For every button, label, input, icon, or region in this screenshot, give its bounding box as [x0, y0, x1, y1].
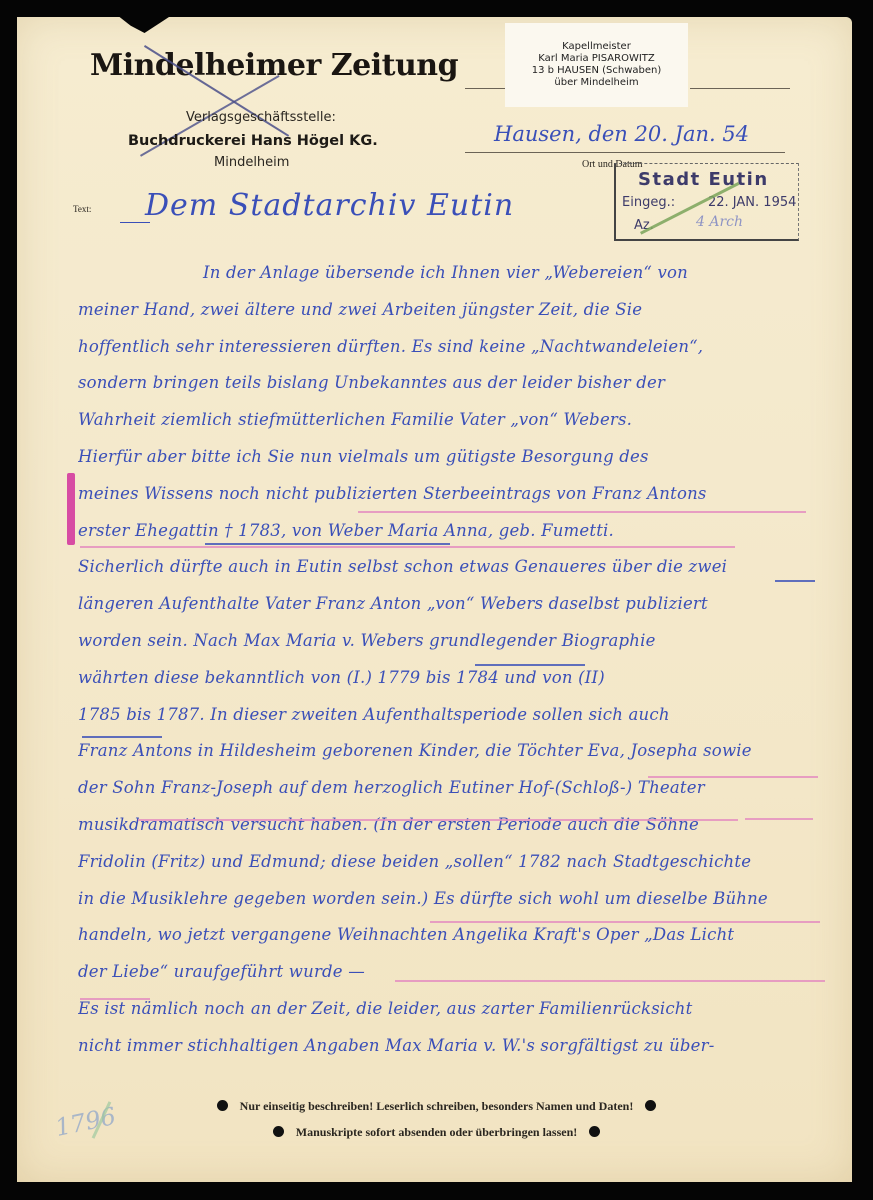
- body-line: Sicherlich dürfte auch in Eutin selbst s…: [78, 549, 828, 586]
- letterhead-publisher: Buchdruckerei Hans Högel KG.: [128, 133, 378, 149]
- body-line: Hierfür aber bitte ich Sie nun vielmals …: [78, 439, 828, 476]
- body-line: meiner Hand, zwei ältere und zwei Arbeit…: [78, 292, 828, 329]
- instruction-text: Nur einseitig beschreiben! Leserlich sch…: [240, 1099, 634, 1113]
- pink-underline: [80, 998, 150, 1000]
- letter-body: In der Anlage übersende ich Ihnen vier „…: [78, 255, 828, 1065]
- body-line: meines Wissens noch nicht publizierten S…: [78, 476, 828, 513]
- form-instruction-1: Nur einseitig beschreiben! Leserlich sch…: [0, 1099, 873, 1114]
- body-line: hoffentlich sehr interessieren dürften. …: [78, 329, 828, 366]
- stamp-az-value: 4 Arch: [696, 214, 743, 230]
- form-instruction-2: Manuskripte sofort absenden oder überbri…: [0, 1125, 873, 1140]
- body-line: längeren Aufenthalte Vater Franz Anton „…: [78, 586, 828, 623]
- bullet-dot-icon: [589, 1126, 600, 1137]
- salutation: Dem Stadtarchiv Eutin: [145, 188, 514, 223]
- body-line: 1785 bis 1787. In dieser zweiten Aufenth…: [78, 697, 828, 734]
- body-line: Fridolin (Fritz) und Edmund; diese beide…: [78, 844, 828, 881]
- body-line: Franz Antons in Hildesheim geborenen Kin…: [78, 733, 828, 770]
- pink-underline: [138, 819, 738, 821]
- bullet-dot-icon: [217, 1100, 228, 1111]
- pink-underline: [648, 776, 818, 778]
- text-field-label: Text:: [73, 204, 91, 214]
- body-line: In der Anlage übersende ich Ihnen vier „…: [78, 255, 828, 292]
- sender-address-label: Kapellmeister Karl Maria PISAROWITZ 13 b…: [505, 23, 688, 107]
- instruction-text: Manuskripte sofort absenden oder überbri…: [296, 1125, 577, 1139]
- sender-name: Karl Maria PISAROWITZ: [505, 53, 688, 65]
- letterhead-subtitle: Verlagsgeschäftsstelle:: [186, 110, 336, 125]
- body-line: in die Musiklehre gegeben worden sein.) …: [78, 881, 828, 918]
- handwritten-date: Hausen, den 20. Jan. 54: [494, 122, 749, 146]
- blue-underline: [775, 580, 815, 582]
- body-line: währten diese bekanntlich von (I.) 1779 …: [78, 660, 828, 697]
- blue-underline: [205, 543, 450, 545]
- blue-underline: [475, 664, 585, 666]
- pink-underline: [80, 546, 735, 548]
- pink-underline: [745, 818, 813, 820]
- body-line: worden sein. Nach Max Maria v. Webers gr…: [78, 623, 828, 660]
- bullet-dot-icon: [273, 1126, 284, 1137]
- pink-underline: [430, 921, 820, 923]
- sender-town: 13 b HAUSEN (Schwaben): [505, 65, 688, 77]
- margin-highlight-bar: [67, 473, 75, 545]
- letterhead-city: Mindelheim: [214, 155, 289, 170]
- stamp-title: Stadt Eutin: [638, 169, 769, 190]
- received-stamp: Stadt Eutin Eingeg.: 22. JAN. 1954 Az. 4…: [614, 163, 799, 241]
- header-rule: [465, 88, 505, 89]
- body-line: erster Ehegattin † 1783, von Weber Maria…: [78, 513, 828, 550]
- sender-via: über Mindelheim: [505, 77, 688, 89]
- pink-underline: [358, 511, 806, 513]
- torn-edge: [117, 15, 172, 33]
- pink-underline: [395, 980, 825, 982]
- body-line: der Liebe“ uraufgeführt wurde —: [78, 954, 828, 991]
- body-line: musikdramatisch versucht haben. (In der …: [78, 807, 828, 844]
- sender-title: Kapellmeister: [505, 41, 688, 53]
- body-line: sondern bringen teils bislang Unbekannte…: [78, 365, 828, 402]
- body-line: Wahrheit ziemlich stiefmütterlichen Fami…: [78, 402, 828, 439]
- stamp-received-label: Eingeg.:: [622, 195, 675, 210]
- stamp-received-date: 22. JAN. 1954: [708, 195, 796, 210]
- date-rule: [465, 152, 785, 153]
- blue-underline: [82, 736, 162, 738]
- header-rule: [690, 88, 790, 89]
- bullet-dot-icon: [645, 1100, 656, 1111]
- body-line: nicht immer stichhaltigen Angaben Max Ma…: [78, 1028, 828, 1065]
- salutation-underline: [120, 222, 150, 223]
- body-line: Es ist nämlich noch an der Zeit, die lei…: [78, 991, 828, 1028]
